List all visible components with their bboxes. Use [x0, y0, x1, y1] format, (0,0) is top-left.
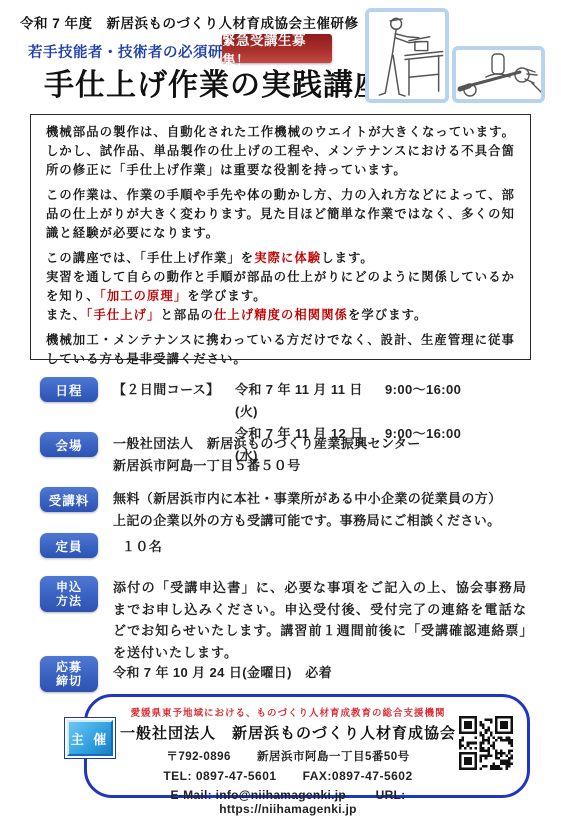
intro-paragraph-2: この作業は、作業の手順や手先や体の動かし方、力の入れ方などによって、部品の仕上が… [46, 186, 515, 243]
label-application-method: 申込 方法 [40, 576, 98, 612]
hand-filing-illustration [452, 46, 545, 103]
application-method-text: 添付の「受講申込書」に、必要な事項をご記入の上、協会事務局までお申し込みください… [113, 577, 527, 663]
urgent-recruit-badge: 緊急受講生募集！ [222, 34, 332, 63]
organizer-address: 〒792-0896新居浜市阿島一丁目5番50号 [111, 748, 465, 764]
course-description-box: 機械部品の製作は、自動化された工作機械のウエイトが大きくなっています。しかし、試… [30, 114, 531, 360]
organizer-phone: TEL: 0897-47-5601FAX:0897-47-5602 [111, 769, 465, 783]
host-button: 主 催 [64, 717, 116, 759]
intro-paragraph-3: この講座では、「手仕上げ作業」を実際に体験します。 実習を通して自らの動作と手順… [46, 249, 515, 325]
qr-code-image [459, 713, 513, 773]
tel-number: TEL: 0897-47-5601 [163, 769, 276, 783]
url-label: URL: [376, 788, 406, 802]
page-title: 手仕上げ作業の実践講座 [44, 60, 385, 104]
venue-name: 一般社団法人 新居浜ものづくり産業振興センター [113, 433, 421, 455]
intro-paragraph-1: 機械部品の製作は、自動化された工作機械のウエイトが大きくなっています。しかし、試… [46, 123, 515, 180]
label-deadline: 応募 締切 [40, 656, 98, 692]
host-label: 主 催 [67, 720, 113, 756]
target-audience-text: 若手技能者・技術者の必須研修！ [28, 41, 253, 62]
label-venue: 会場 [40, 432, 98, 457]
email-link[interactable]: info@niihamagenki.jp [216, 788, 346, 802]
email-label: E-Mail: [171, 788, 212, 802]
schedule-time-1: 9:00～16:00 [385, 379, 461, 423]
url-link[interactable]: https://niihamagenki.jp [219, 802, 357, 816]
worker-filing-illustration [365, 8, 449, 103]
schedule-course: 【２日間コース】 [113, 379, 235, 423]
fax-number: FAX:0897-47-5602 [303, 769, 413, 783]
label-schedule: 日程 [40, 377, 98, 402]
label-capacity: 定員 [40, 533, 98, 558]
organizer-tagline: 愛媛県東予地域における、ものづくり人材育成教育の総合支援機関 [111, 705, 465, 719]
venue-address: 新居浜市阿島一丁目５番５０号 [113, 455, 421, 477]
capacity-value: １０名 [122, 536, 162, 558]
fee-line-2: 上記の企業以外の方も受講可能です。事務局にご相談ください。 [113, 510, 502, 532]
intro-paragraph-4: 機械加工・メンテナンスに携わっている方だけでなく、設計、生産管理に従事している方… [46, 331, 515, 369]
fee-line-1: 無料（新居浜市内に本社・事業所がある中小企業の従業員の方） [113, 488, 502, 510]
deadline-text: 令和 7 年 10 月 24 日(金曜日) 必着 [113, 662, 332, 684]
organizer-name: 一般社団法人 新居浜ものづくり人材育成協会 [111, 722, 465, 743]
label-fee: 受講料 [40, 487, 98, 512]
organizer-contact-line: E-Mail: info@niihamagenki.jp URL: https:… [111, 788, 465, 816]
schedule-date-1: 令和 7 年 11 月 11 日(火) [235, 379, 385, 423]
